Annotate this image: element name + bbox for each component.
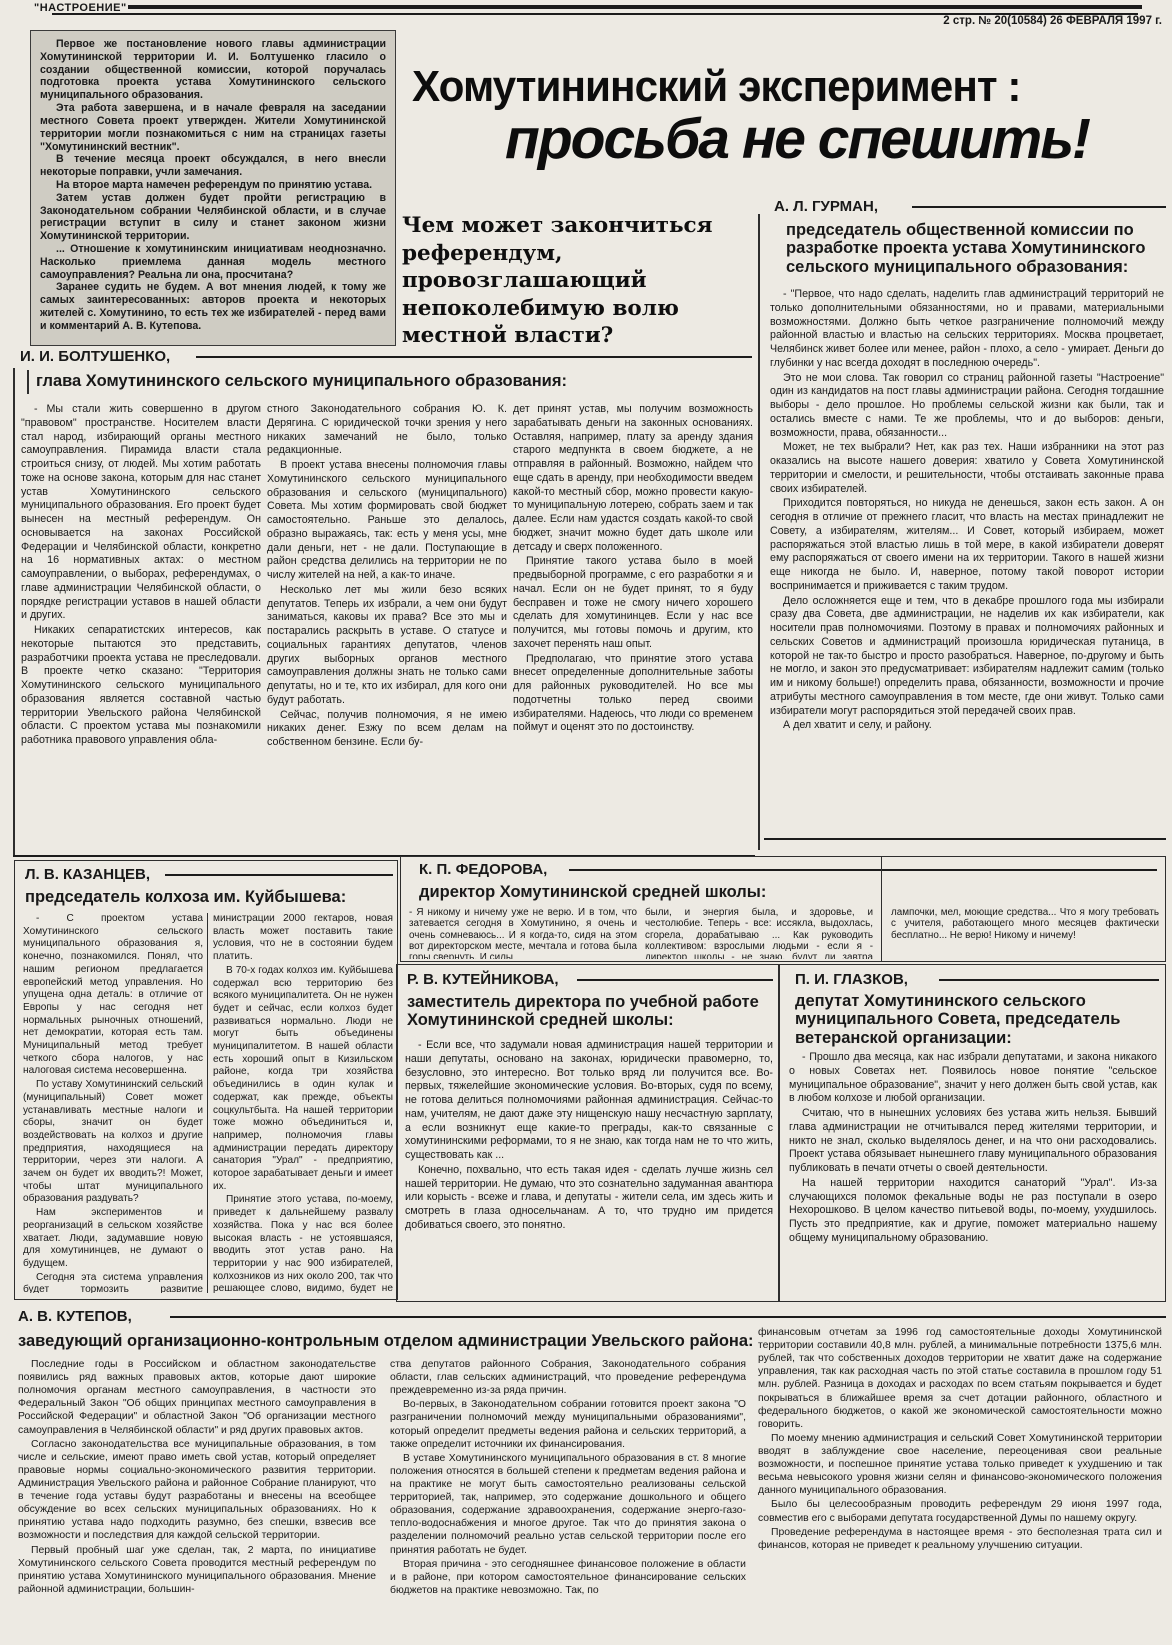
paragraph: - С проектом устава Хомутининского сельс… <box>23 913 203 1078</box>
kutepov-col3: финансовым отчетам за 1996 год самостоят… <box>758 1326 1162 1642</box>
paragraph: По моему мнению администрация и сельский… <box>758 1432 1162 1498</box>
paragraph: Во-первых, в Законодательном собрании го… <box>390 1398 746 1450</box>
paragraph: На второе марта намечен референдум по пр… <box>40 179 386 192</box>
paragraph: министрации 2000 гектаров, новая власть … <box>213 913 393 964</box>
paragraph: Вторая причина - это сегодняшнее финансо… <box>390 1558 746 1597</box>
gurman-left-border <box>758 214 760 850</box>
issue-info: 2 стр. № 20(10584) 26 ФЕВРАЛЯ 1997 г. <box>860 15 1162 27</box>
paragraph: Первое же постановление нового главы адм… <box>40 38 386 102</box>
paragraph: Затем устав должен будет пройти регистра… <box>40 192 386 243</box>
paragraph: - "Первое, что надо сделать, наделить гл… <box>770 288 1164 371</box>
kuteynikova-speaker-role: заместитель директора по учебной работе … <box>407 993 769 1030</box>
paragraph: ства депутатов районного Собрания, Закон… <box>390 1358 746 1397</box>
paragraph: Заранее судить не будем. А вот мнения лю… <box>40 281 386 332</box>
boltushenko-col3: дет принят устав, мы получим возможность… <box>513 403 753 847</box>
paragraph: Эта работа завершена, и в начале февраля… <box>40 102 386 153</box>
paragraph: Согласно законодательства все муниципаль… <box>18 1438 376 1543</box>
glazkov-speaker-role: депутат Хомутининского сельского муницип… <box>795 992 1155 1047</box>
header-rule-thick <box>128 5 1142 9</box>
paragraph: В 70-х годах колхоз им. Куйбышева содерж… <box>213 965 393 1194</box>
kutepov-col2: ства депутатов районного Собрания, Закон… <box>390 1358 746 1642</box>
paragraph: А дел хватит и селу, и району. <box>770 719 1164 733</box>
gurman-name-rule <box>912 206 1166 208</box>
paragraph: Это не мои слова. Так говорил со страниц… <box>770 372 1164 441</box>
gurman-body: - "Первое, что надо сделать, наделить гл… <box>770 288 1164 834</box>
paragraph: Последние годы в Российском и областном … <box>18 1358 376 1437</box>
paragraph: ... Отношение к хомутининским инициатива… <box>40 243 386 281</box>
paragraph: На нашей территории находится санаторий … <box>789 1177 1157 1246</box>
headline-line2: просьба не спешить! <box>505 106 1089 172</box>
kutepov-col1: Последние годы в Российском и областном … <box>18 1358 376 1642</box>
paragraph: По уставу Хомутининский сельский (муници… <box>23 1079 203 1206</box>
paragraph: Никаких сепаратистских интересов, как не… <box>21 624 261 748</box>
paragraph: Приходится повторяться, но никуда не ден… <box>770 497 1164 593</box>
paragraph: Конечно, похвально, что есть такая идея … <box>405 1164 773 1233</box>
kazantsev-col1: - С проектом устава Хомутининского сельс… <box>23 913 203 1293</box>
paragraph: Дело осложняется еще и тем, что в декабр… <box>770 595 1164 719</box>
fedorova-col1: - Я никому и ничему уже не верю. И в том… <box>409 907 637 959</box>
paragraph: Принятие такого устава было в моей предв… <box>513 555 753 651</box>
paragraph: - Мы стали жить совершенно в другом "пра… <box>21 403 261 623</box>
gurman-bottom-rule <box>764 838 1166 840</box>
kuteynikova-body: - Если все, что задумали новая администр… <box>405 1039 773 1297</box>
kuteynikova-speaker-name: Р. В. КУТЕЙНИКОВА, <box>407 971 559 988</box>
boltushenko-name-rule <box>196 356 752 358</box>
paragraph: Сегодня эта система управления будет тор… <box>23 1272 203 1293</box>
paragraph: Считаю, что в нынешних условиях без уста… <box>789 1107 1157 1176</box>
paragraph: Нам экспериментов и реорганизаций в сель… <box>23 1207 203 1271</box>
paragraph: Принятие этого устава, по-моему, приведе… <box>213 1194 393 1293</box>
fedorova-speaker-role: директор Хомутининской средней школы: <box>419 883 979 901</box>
kazantsev-speaker-name: Л. В. КАЗАНЦЕВ, <box>25 866 150 883</box>
headline-line1: Хомутининский эксперимент : <box>412 62 1021 112</box>
kazantsev-box: Л. В. КАЗАНЦЕВ, председатель колхоза им.… <box>14 860 398 1300</box>
fedorova-name-rule <box>569 869 1157 871</box>
standfirst: Чем может закончиться референдум, провоз… <box>402 212 754 350</box>
boltushenko-col2: стного Законодательного собрания Ю. К. Д… <box>267 403 507 847</box>
newspaper-page: "НАСТРОЕНИЕ" 2 стр. № 20(10584) 26 ФЕВРА… <box>0 0 1172 1645</box>
paragraph: Предполагаю, что принятие этого устава в… <box>513 653 753 736</box>
paragraph: - Прошло два месяца, как нас избрали деп… <box>789 1051 1157 1106</box>
paragraph: Первый пробный шаг уже сделан, так, 2 ма… <box>18 1544 376 1596</box>
boltushenko-left-border <box>13 368 15 856</box>
boltushenko-speaker-role: глава Хомутининского сельского муниципал… <box>36 372 746 390</box>
boltushenko-speaker-name: И. И. БОЛТУШЕНКО, <box>20 348 170 365</box>
kutepov-speaker-name: А. В. КУТЕПОВ, <box>18 1308 132 1325</box>
fedorova-col-divider <box>881 857 882 961</box>
paragraph: - Я никому и ничему уже не верю. И в том… <box>409 907 637 959</box>
kazantsev-col2: министрации 2000 гектаров, новая власть … <box>213 913 393 1293</box>
paragraph: лампочки, мел, моющие средства... Что я … <box>891 907 1159 941</box>
glazkov-name-rule <box>939 979 1159 981</box>
glazkov-speaker-name: П. И. ГЛАЗКОВ, <box>795 971 908 988</box>
paragraph: Несколько лет мы жили безо всяких депута… <box>267 584 507 708</box>
paragraph: Сейчас, получив полномочия, я не имею ни… <box>267 709 507 750</box>
glazkov-body: - Прошло два месяца, как нас избрали деп… <box>789 1051 1157 1297</box>
paragraph: финансовым отчетам за 1996 год самостоят… <box>758 1326 1162 1431</box>
fedorova-speaker-name: К. П. ФЕДОРОВА, <box>419 861 547 878</box>
paragraph: Проведение референдума в настоящее время… <box>758 1526 1162 1552</box>
paragraph: Может, не тех выбрали? Нет, как раз тех.… <box>770 441 1164 496</box>
kazantsev-col-divider <box>207 913 208 1293</box>
boltushenko-role-tick <box>27 370 29 394</box>
boltushenko-col1: - Мы стали жить совершенно в другом "пра… <box>21 403 261 853</box>
paragraph: В проект устава внесены полномочия главы… <box>267 459 507 583</box>
fedorova-col2: были, и энергия была, и здоровье, и чест… <box>645 907 873 959</box>
kazantsev-speaker-role: председатель колхоза им. Куйбышева: <box>25 888 391 906</box>
paragraph: Было бы целесообразным проводить референ… <box>758 1498 1162 1524</box>
paragraph: были, и энергия была, и здоровье, и чест… <box>645 907 873 959</box>
fedorova-col3: лампочки, мел, моющие средства... Что я … <box>891 907 1159 959</box>
paragraph: стного Законодательного собрания Ю. К. Д… <box>267 403 507 458</box>
kutepov-name-rule <box>170 1316 1166 1318</box>
kuteynikova-name-rule <box>577 979 773 981</box>
kuteynikova-box: Р. В. КУТЕЙНИКОВА, заместитель директора… <box>396 964 780 1302</box>
intro-box: Первое же постановление нового главы адм… <box>30 30 396 346</box>
paragraph: В течение месяца проект обсуждался, в не… <box>40 153 386 179</box>
paragraph: - Если все, что задумали новая администр… <box>405 1039 773 1163</box>
paragraph: дет принят устав, мы получим возможность… <box>513 403 753 554</box>
gurman-speaker-role: председатель общественной комиссии по ра… <box>786 221 1162 276</box>
fedorova-box: К. П. ФЕДОРОВА, директор Хомутининской с… <box>400 856 1166 962</box>
paragraph: В уставе Хомутининского муниципального о… <box>390 1452 746 1557</box>
gurman-speaker-name: А. Л. ГУРМАН, <box>774 198 878 215</box>
kazantsev-name-rule <box>165 874 393 876</box>
glazkov-box: П. И. ГЛАЗКОВ, депутат Хомутининского се… <box>778 964 1166 1302</box>
